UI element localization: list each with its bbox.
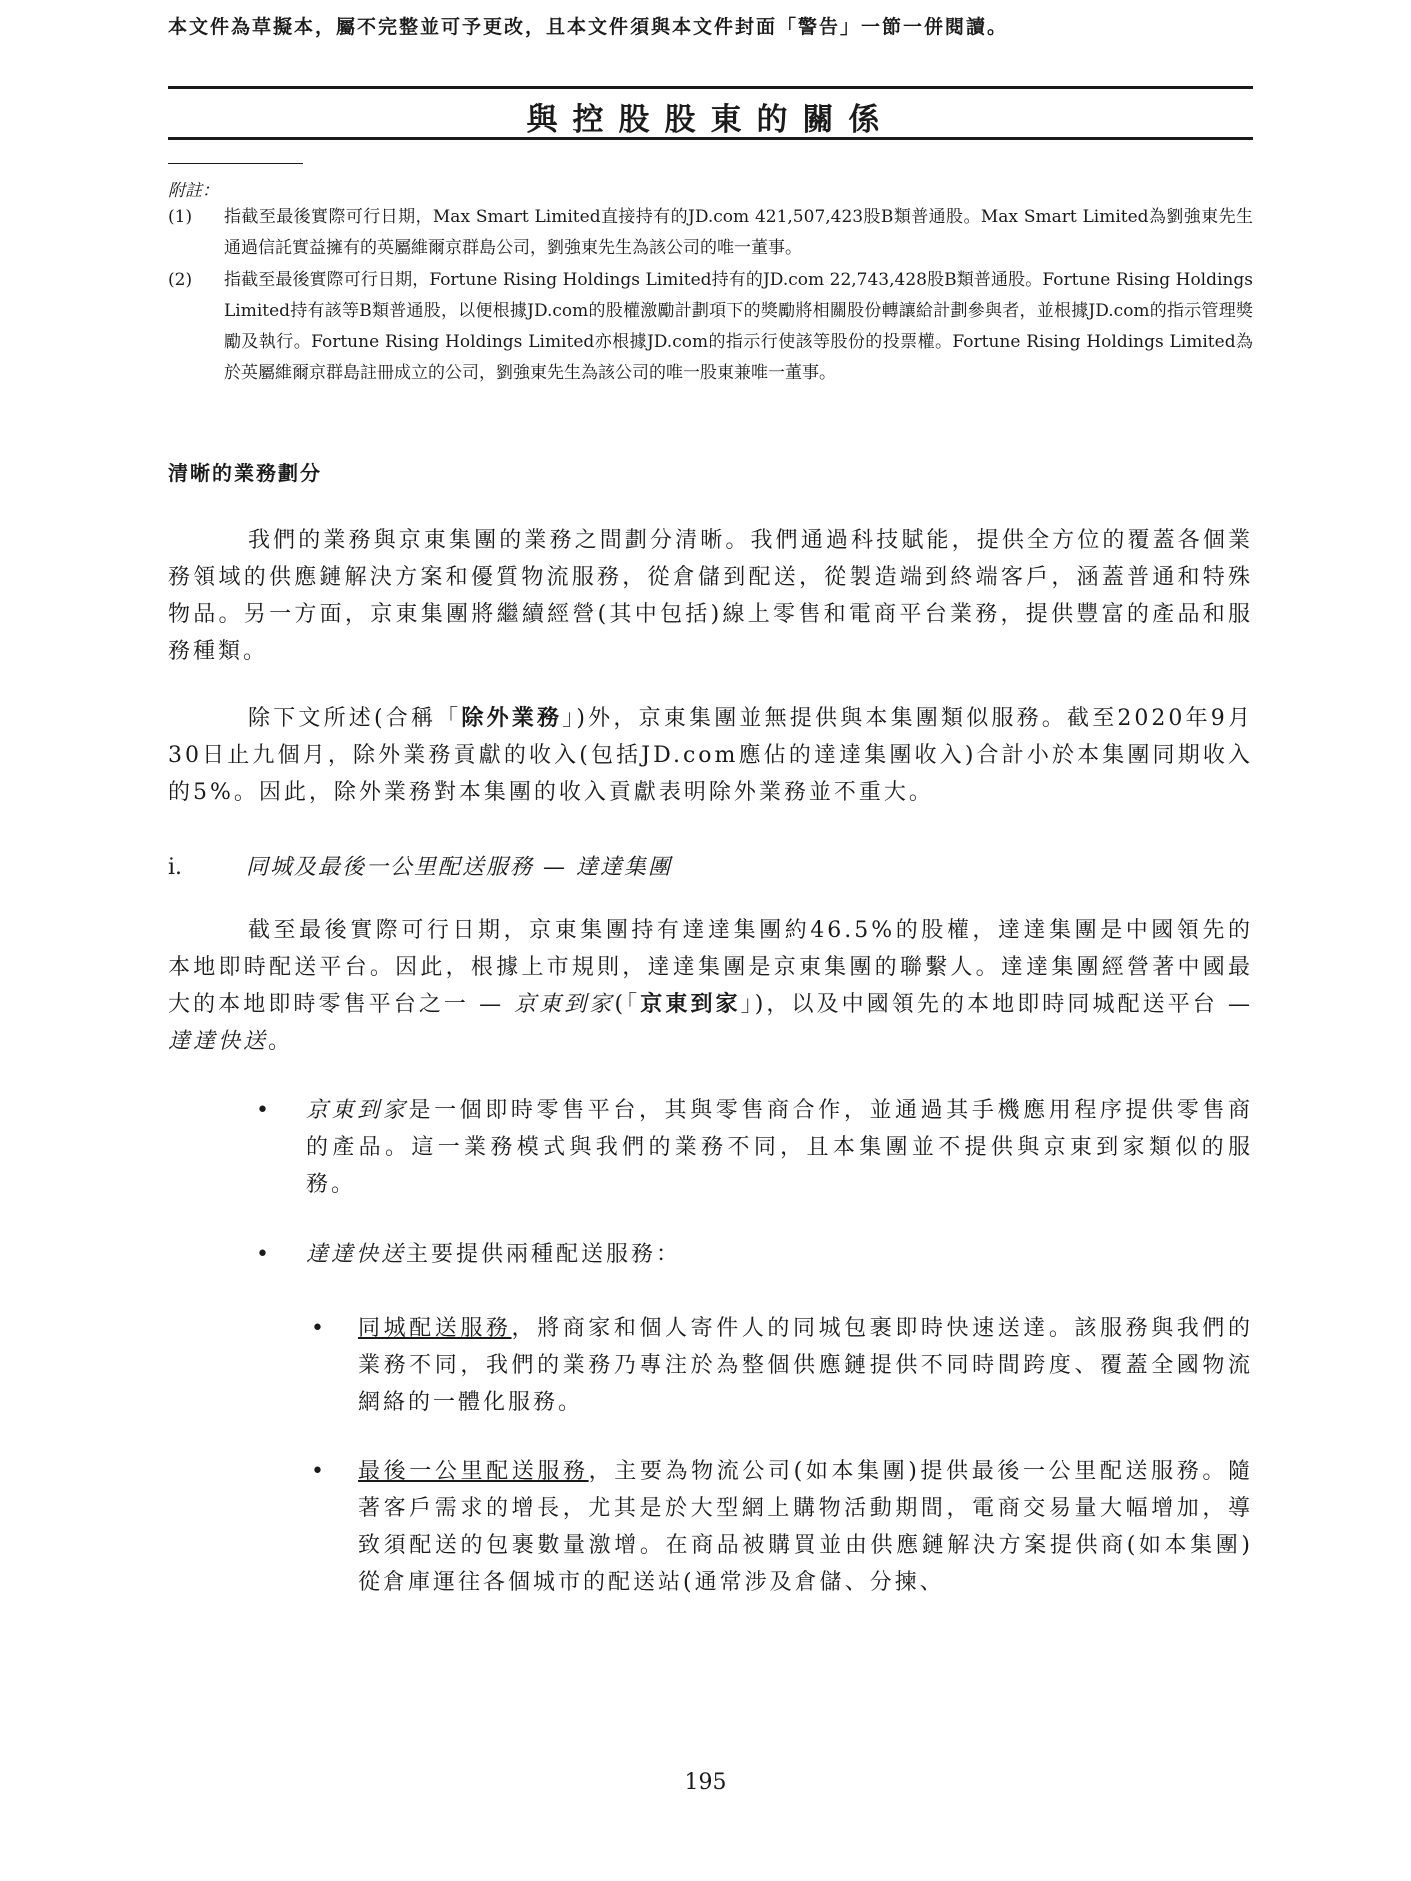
title-rule-bottom bbox=[168, 137, 1253, 140]
title-rule-top bbox=[168, 86, 1253, 89]
paragraph-business-delineation: 我們的業務與京東集團的業務之間劃分清晰。我們通過科技賦能，提供全方位的覆蓋各個業… bbox=[168, 522, 1253, 670]
underlined-term: 同城配送服務 bbox=[358, 1316, 512, 1341]
subsection-heading: i.同城及最後一公里配送服務 — 達達集團 bbox=[168, 850, 672, 881]
note-text: 指截至最後實際可行日期，Max Smart Limited直接持有的JD.com… bbox=[224, 202, 1253, 264]
italic-term: 達達快送 bbox=[306, 1242, 406, 1267]
italic-term: 京東到家 bbox=[306, 1098, 408, 1123]
underlined-term: 最後一公里配送服務 bbox=[358, 1459, 589, 1484]
italic-term: 達達快送 bbox=[168, 1029, 268, 1054]
draft-disclaimer: 本文件為草擬本，屬不完整並可予更改，且本文件須與本文件封面「警告」一節一併閱讀。 bbox=[168, 12, 1268, 39]
bullet-icon: • bbox=[256, 1236, 272, 1273]
text-run: (「 bbox=[615, 992, 641, 1017]
section-heading: 清晰的業務劃分 bbox=[168, 457, 322, 486]
sub-bullet-item: • 最後一公里配送服務，主要為物流公司(如本集團)提供最後一公里配送服務。隨著客… bbox=[311, 1453, 1253, 1601]
notes-label: 附註： bbox=[168, 176, 219, 201]
note-item: (2) 指截至最後實際可行日期，Fortune Rising Holdings … bbox=[168, 265, 1253, 389]
bullet-text: 是一個即時零售平台，其與零售商合作，並通過其手機應用程序提供零售商的產品。這一業… bbox=[306, 1098, 1253, 1197]
page-title: 與控股股東的關係 bbox=[168, 94, 1253, 139]
bullet-text: 主要提供兩種配送服務： bbox=[406, 1242, 681, 1267]
bullet-icon: • bbox=[311, 1453, 327, 1490]
bullet-icon: • bbox=[256, 1092, 272, 1129]
subsection-title: 同城及最後一公里配送服務 — 達達集團 bbox=[246, 855, 672, 880]
bullet-item: • 京東到家是一個即時零售平台，其與零售商合作，並通過其手機應用程序提供零售商的… bbox=[256, 1092, 1253, 1203]
note-text: 指截至最後實際可行日期，Fortune Rising Holdings Limi… bbox=[224, 265, 1253, 389]
note-item: (1) 指截至最後實際可行日期，Max Smart Limited直接持有的JD… bbox=[168, 202, 1253, 264]
italic-term: 京東到家 bbox=[514, 992, 614, 1017]
sub-bullet-item: • 同城配送服務，將商家和個人寄件人的同城包裹即時快速送達。該服務與我們的業務不… bbox=[311, 1310, 1253, 1421]
notes-divider bbox=[168, 163, 303, 164]
text-run: 。 bbox=[268, 1029, 293, 1054]
note-number: (2) bbox=[168, 265, 192, 296]
paragraph-excluded-business: 除下文所述(合稱「除外業務」)外，京東集團並無提供與本集團類似服務。截至2020… bbox=[168, 700, 1253, 811]
subsection-number: i. bbox=[168, 855, 246, 880]
text-run: 」)，以及中國領先的本地即時同城配送平台 — bbox=[741, 992, 1253, 1017]
bullet-item: • 達達快送主要提供兩種配送服務： bbox=[256, 1236, 1253, 1273]
defined-term: 京東到家 bbox=[640, 991, 740, 1017]
paragraph-dada-group: 截至最後實際可行日期，京東集團持有達達集團約46.5%的股權，達達集團是中國領先… bbox=[168, 912, 1253, 1060]
note-number: (1) bbox=[168, 202, 192, 233]
defined-term: 除外業務 bbox=[461, 705, 562, 731]
page-number: 195 bbox=[0, 1770, 1411, 1795]
text-run: 除下文所述(合稱「 bbox=[248, 706, 461, 731]
bullet-icon: • bbox=[311, 1310, 327, 1347]
